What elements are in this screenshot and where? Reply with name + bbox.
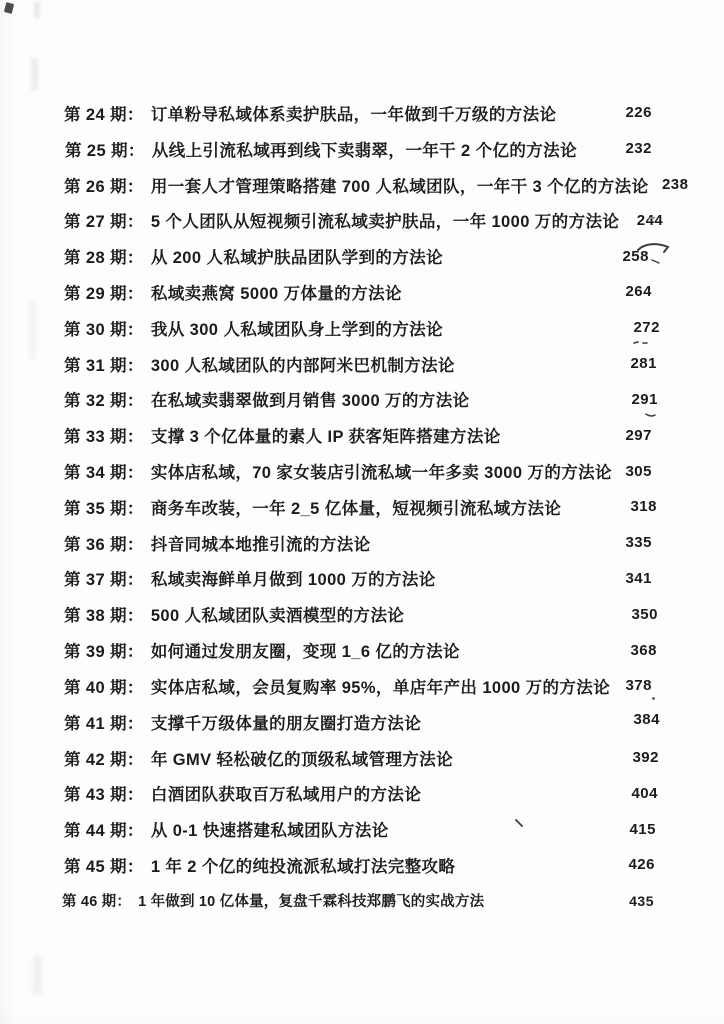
toc-entry-title: 私域卖燕窝 5000 万体量的方法论 [151,280,402,304]
toc-entry-page-number: 238 [648,176,688,193]
toc-entry-page-number: 368 [617,642,657,659]
toc-entry-label: 第 32 期： [64,387,144,411]
toc-entry-text: 第 30 期： 我从 300 人私域团队身上学到的方法论 [64,316,443,340]
toc-entry-label: 第 34 期： [64,459,144,483]
toc-entry-text: 第 25 期： 从线上引流私域再到线下卖翡翠，一年干 2 个亿的方法论 [65,137,577,161]
toc-entry-page-number: 335 [612,534,652,551]
toc-entry-label: 第 42 期： [64,746,144,770]
toc-entry-title: 从线上引流私域再到线下卖翡翠，一年干 2 个亿的方法论 [152,137,577,161]
toc-entry-text: 第 28 期： 从 200 人私域护肤品团队学到的方法论 [64,244,443,268]
toc-entry-title: 300 人私域团队的内部阿米巴机制方法论 [151,352,455,376]
toc-entry-page-number: 435 [614,893,654,909]
toc-entry-label: 第 41 期： [64,710,144,734]
scan-smudge [34,2,40,18]
toc-entry-title: 1 年做到 10 亿体量，复盘千霖科技郑鹏飞的实战方法 [138,890,484,911]
toc-entry-page-number: 426 [615,856,655,873]
toc-entry-title: 私域卖海鲜单月做到 1000 万的方法论 [151,566,436,590]
toc-entry-text: 第 45 期： 1 年 2 个亿的纯投流派私域打法完整攻略 [64,853,455,877]
toc-entry-title: 白酒团队获取百万私域用户的方法论 [151,781,421,805]
toc-entry-label: 第 26 期： [64,173,144,197]
toc-entry-label: 第 44 期： [64,817,144,841]
toc-entry-title: 我从 300 人私域团队身上学到的方法论 [151,316,443,340]
toc-row: 第 36 期： 抖音同城本地推引流的方法论 335 [64,525,652,561]
toc-row: 第 44 期： 从 0-1 快速搭建私域团队方法论 415 [64,811,652,847]
toc-entry-title: 订单粉导私域体系卖护肤品，一年做到千万级的方法论 [151,101,557,125]
toc-row: 第 41 期： 支撑千万级体量的朋友圈打造方法论 384 [64,704,652,740]
toc-entry-text: 第 32 期： 在私域卖翡翠做到月销售 3000 万的方法论 [64,387,470,411]
toc-row: 第 40 期： 实体店私域，会员复购率 95%，单店年产出 1000 万的方法论… [64,668,652,704]
toc-row: 第 34 期： 实体店私域，70 家女装店引流私域一年多卖 3000 万的方法论… [64,453,652,489]
toc-entry-label: 第 27 期： [64,208,144,232]
toc-row: 第 39 期： 如何通过发朋友圈，变现 1_6 亿的方法论 368 [64,632,652,668]
toc-entry-page-number: 264 [612,283,652,300]
toc-entry-text: 第 36 期： 抖音同城本地推引流的方法论 [64,531,371,555]
toc-entry-text: 第 34 期： 实体店私域，70 家女装店引流私域一年多卖 3000 万的方法论 [64,459,612,483]
toc-entry-page-number: 281 [617,355,657,372]
toc-entry-text: 第 37 期： 私域卖海鲜单月做到 1000 万的方法论 [64,566,436,590]
toc-row: 第 28 期： 从 200 人私域护肤品团队学到的方法论 258 [64,238,652,274]
toc-row: 第 42 期： 年 GMV 轻松破亿的顶级私域管理方法论 392 [64,740,652,776]
toc-entry-label: 第 24 期： [64,101,144,125]
toc-entry-text: 第 41 期： 支撑千万级体量的朋友圈打造方法论 [64,710,421,734]
toc-entry-page-number: 415 [616,821,656,838]
toc-entry-page-number: 258 [609,248,649,265]
toc-entry-text: 第 39 期： 如何通过发朋友圈，变现 1_6 亿的方法论 [64,638,460,662]
toc-entry-label: 第 30 期： [64,316,144,340]
toc-entry-page-number: 378 [612,677,652,694]
toc-entry-text: 第 43 期： 白酒团队获取百万私域用户的方法论 [64,781,421,805]
toc-entry-label: 第 38 期： [64,602,144,626]
toc-entry-text: 第 40 期： 实体店私域，会员复购率 95%，单店年产出 1000 万的方法论 [64,674,610,698]
toc-row: 第 27 期： 5 个人团队从短视频引流私域卖护肤品，一年 1000 万的方法论… [64,202,652,238]
toc-entry-title: 用一套人才管理策略搭建 700 人私域团队，一年干 3 个亿的方法论 [151,173,649,197]
toc-entry-page-number: 291 [618,391,658,408]
toc-entry-title: 1 年 2 个亿的纯投流派私域打法完整攻略 [151,853,456,877]
toc-entry-page-number: 232 [612,140,652,157]
toc-entry-label: 第 35 期： [64,495,144,519]
toc-entry-label: 第 46 期： [62,890,131,911]
toc-row: 第 29 期： 私域卖燕窝 5000 万体量的方法论 264 [64,274,652,310]
toc-entry-label: 第 28 期： [64,244,144,268]
toc-entry-text: 第 24 期： 订单粉导私域体系卖护肤品，一年做到千万级的方法论 [64,101,556,125]
toc-entry-text: 第 42 期： 年 GMV 轻松破亿的顶级私域管理方法论 [64,746,453,770]
toc-entry-title: 如何通过发朋友圈，变现 1_6 亿的方法论 [151,638,460,662]
toc-row: 第 32 期： 在私域卖翡翠做到月销售 3000 万的方法论 291 [64,382,652,418]
toc-entry-page-number: 226 [612,104,652,121]
toc-entry-text: 第 27 期： 5 个人团队从短视频引流私域卖护肤品，一年 1000 万的方法论 [64,208,619,232]
toc-entry-label: 第 31 期： [64,352,144,376]
toc-row: 第 35 期： 商务车改装，一年 2_5 亿体量，短视频引流私域方法论 318 [64,489,652,525]
toc-entry-label: 第 43 期： [64,781,144,805]
toc-row: 第 31 期： 300 人私域团队的内部阿米巴机制方法论 281 [64,346,652,382]
toc-entry-label: 第 37 期： [64,566,144,590]
toc-entry-page-number: 305 [612,463,652,480]
toc-row: 第 38 期： 500 人私域团队卖酒模型的方法论 350 [64,596,652,632]
toc-entry-page-number: 318 [617,498,657,515]
toc-entry-title: 实体店私域，70 家女装店引流私域一年多卖 3000 万的方法论 [151,459,612,483]
toc-entry-title: 抖音同城本地推引流的方法论 [151,531,371,555]
scan-smudge [30,300,36,360]
toc-entry-text: 第 44 期： 从 0-1 快速搭建私域团队方法论 [64,817,389,841]
toc-entry-page-number: 404 [618,785,658,802]
toc-row: 第 25 期： 从线上引流私域再到线下卖翡翠，一年干 2 个亿的方法论 232 [64,131,652,167]
toc-entry-label: 第 33 期： [64,423,144,447]
toc-entry-text: 第 38 期： 500 人私域团队卖酒模型的方法论 [64,602,404,626]
toc-entry-label: 第 45 期： [64,853,144,877]
toc-row: 第 24 期： 订单粉导私域体系卖护肤品，一年做到千万级的方法论 226 [64,95,652,131]
toc-row: 第 30 期： 我从 300 人私域团队身上学到的方法论 272 [64,310,652,346]
toc-entry-title: 从 200 人私域护肤品团队学到的方法论 [151,244,443,268]
toc-row: 第 37 期： 私域卖海鲜单月做到 1000 万的方法论 341 [64,561,652,597]
toc-entry-title: 在私域卖翡翠做到月销售 3000 万的方法论 [151,387,470,411]
toc-entry-page-number: 272 [620,319,660,336]
toc-entry-text: 第 35 期： 商务车改装，一年 2_5 亿体量，短视频引流私域方法论 [64,495,561,519]
toc-entry-page-number: 244 [623,212,663,229]
toc-entry-title: 从 0-1 快速搭建私域团队方法论 [151,817,389,841]
toc-entry-text: 第 29 期： 私域卖燕窝 5000 万体量的方法论 [64,280,402,304]
toc-entry-text: 第 26 期： 用一套人才管理策略搭建 700 人私域团队，一年干 3 个亿的方… [64,173,648,197]
toc-entry-title: 500 人私域团队卖酒模型的方法论 [151,602,404,626]
toc-entry-title: 实体店私域，会员复购率 95%，单店年产出 1000 万的方法论 [151,674,610,698]
toc-entry-label: 第 25 期： [65,137,145,161]
toc-entry-label: 第 40 期： [64,674,144,698]
toc-entry-label: 第 39 期： [64,638,144,662]
toc-row: 第 33 期： 支撑 3 个亿体量的素人 IP 获客矩阵搭建方法论 297 [64,417,652,453]
toc-entry-label: 第 29 期： [64,280,144,304]
toc-row: 第 46 期： 1 年做到 10 亿体量，复盘千霖科技郑鹏飞的实战方法 435 [64,883,652,919]
pen-dot-after-378 [652,697,655,700]
toc-entry-page-number: 297 [612,427,652,444]
toc-entry-text: 第 31 期： 300 人私域团队的内部阿米巴机制方法论 [64,352,455,376]
toc-entry-title: 5 个人团队从短视频引流私域卖护肤品，一年 1000 万的方法论 [151,208,619,232]
toc-entry-label: 第 36 期： [64,531,144,555]
toc-entry-title: 支撑 3 个亿体量的素人 IP 获客矩阵搭建方法论 [151,423,501,447]
scan-corner-mark [4,2,14,14]
toc-entry-title: 年 GMV 轻松破亿的顶级私域管理方法论 [151,746,453,770]
scanned-toc-page: 第 24 期： 订单粉导私域体系卖护肤品，一年做到千万级的方法论 226 第 2… [0,0,724,1024]
scan-smudge [33,955,42,995]
toc-row: 第 26 期： 用一套人才管理策略搭建 700 人私域团队，一年干 3 个亿的方… [64,167,652,203]
toc-entry-page-number: 384 [620,711,660,728]
toc-entry-title: 商务车改装，一年 2_5 亿体量，短视频引流私域方法论 [151,495,562,519]
toc-entry-page-number: 341 [612,570,652,587]
toc-row: 第 45 期： 1 年 2 个亿的纯投流派私域打法完整攻略 426 [64,847,652,883]
toc-row: 第 43 期： 白酒团队获取百万私域用户的方法论 404 [64,775,652,811]
toc-entry-title: 支撑千万级体量的朋友圈打造方法论 [151,710,421,734]
scan-smudge [31,58,38,90]
toc-entry-page-number: 350 [618,606,658,623]
toc-list: 第 24 期： 订单粉导私域体系卖护肤品，一年做到千万级的方法论 226 第 2… [64,95,652,919]
toc-entry-page-number: 392 [619,749,659,766]
toc-entry-text: 第 33 期： 支撑 3 个亿体量的素人 IP 获客矩阵搭建方法论 [64,423,501,447]
toc-entry-text: 第 46 期： 1 年做到 10 亿体量，复盘千霖科技郑鹏飞的实战方法 [62,890,484,911]
